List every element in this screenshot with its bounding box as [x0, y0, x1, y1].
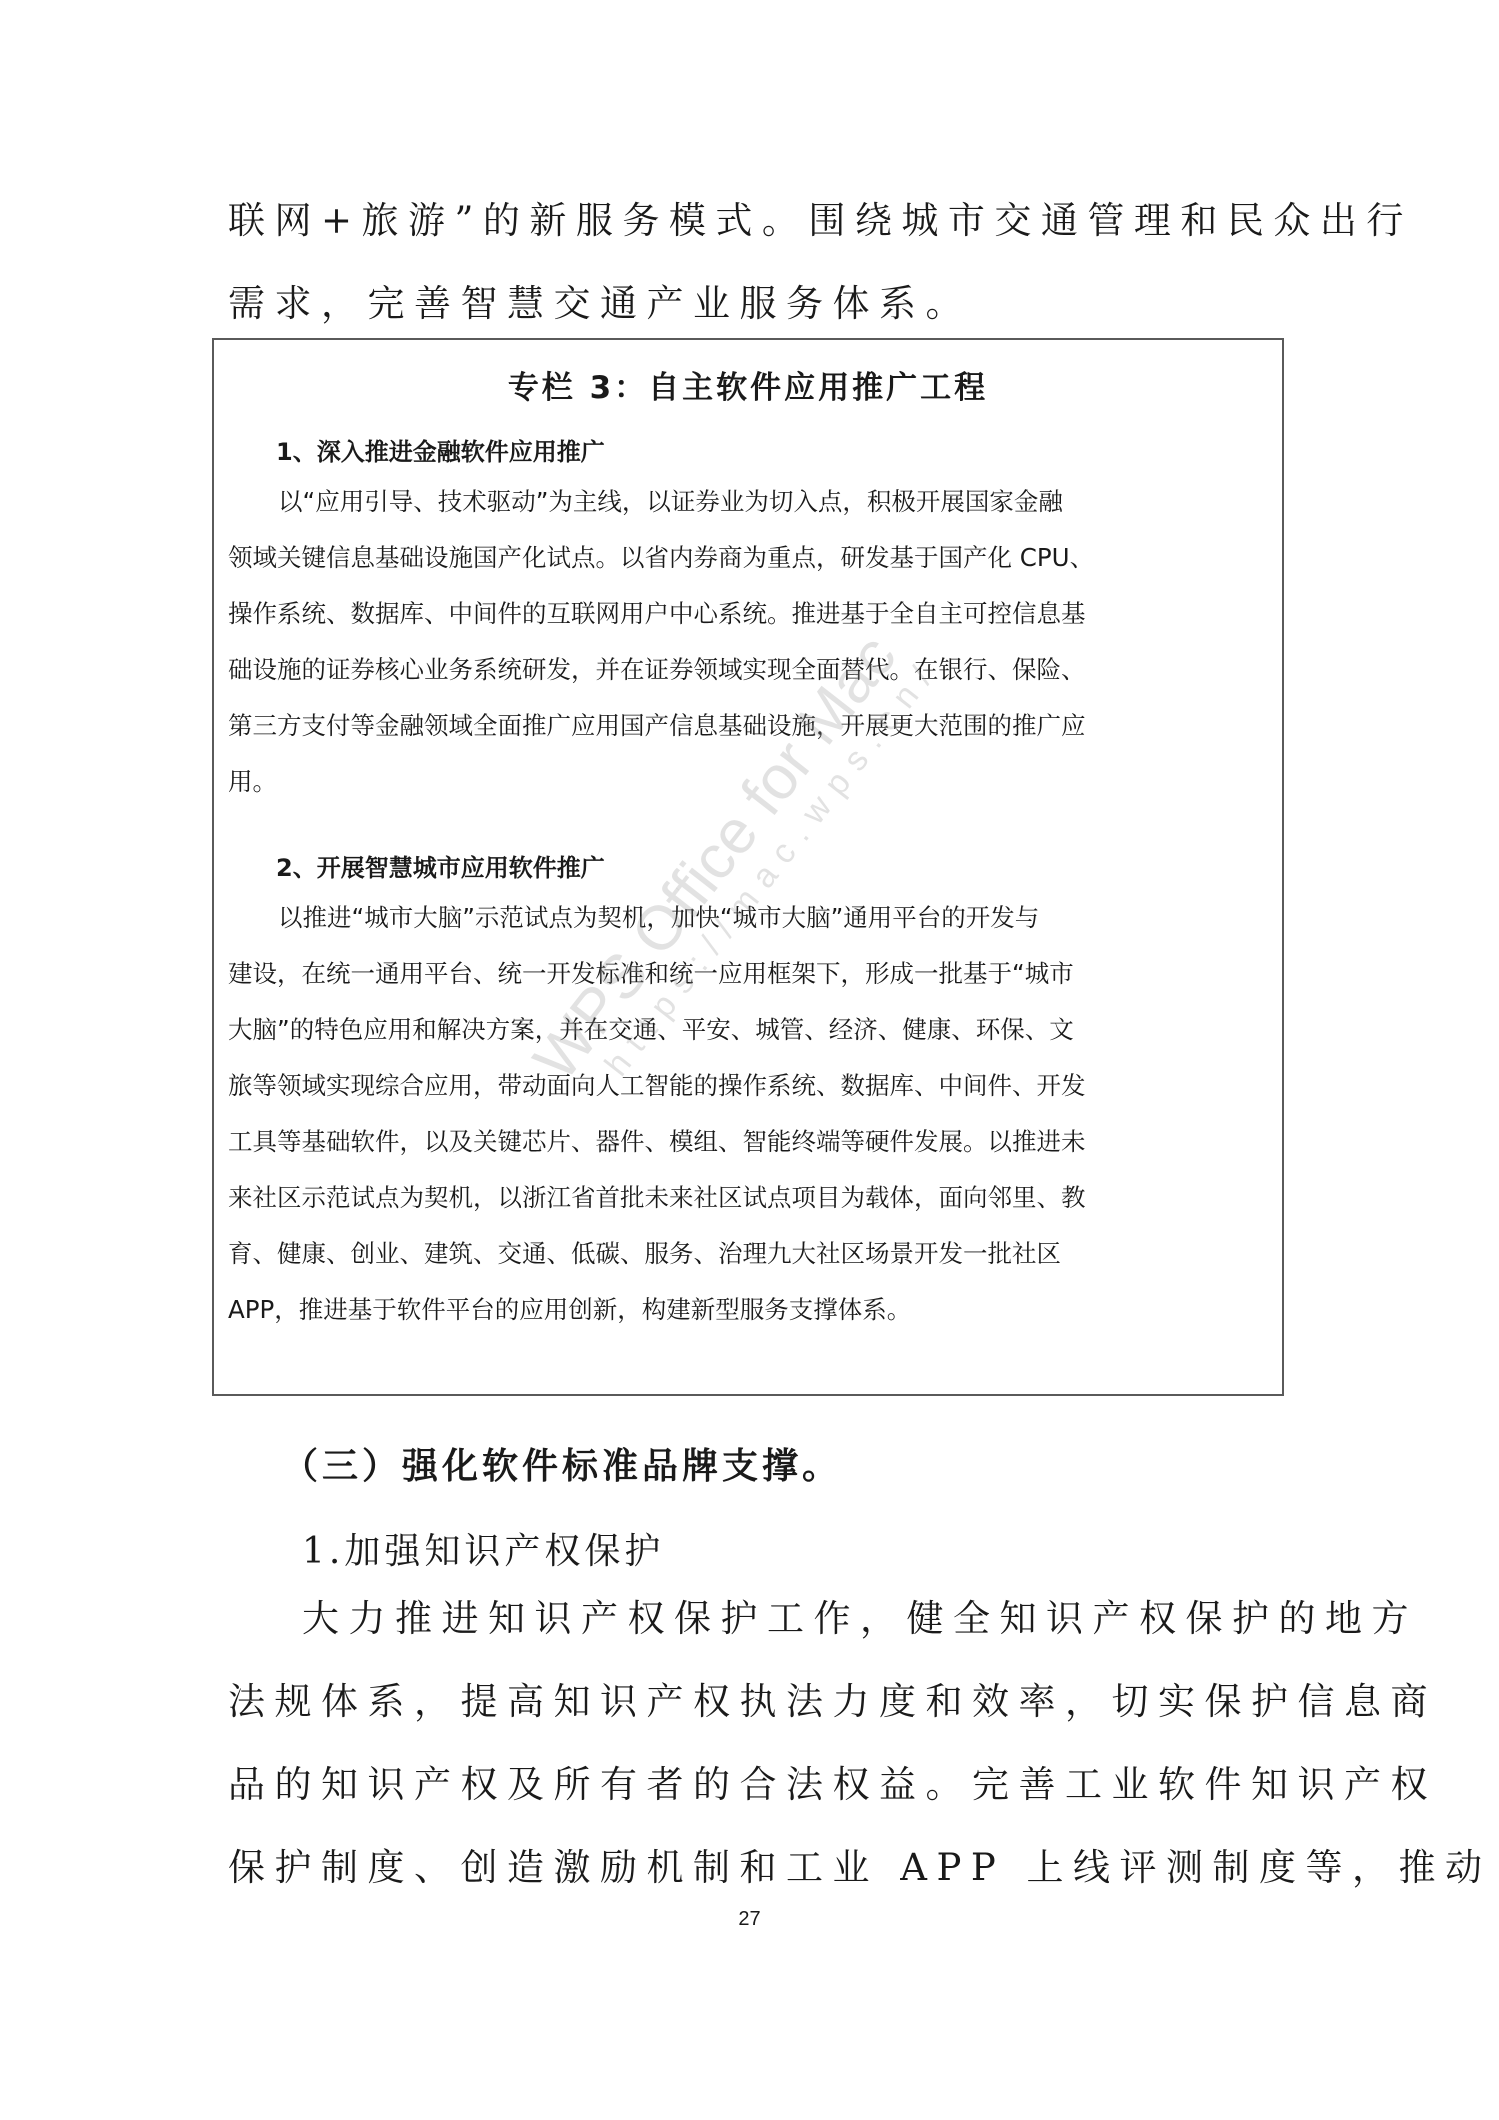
section-heading: （三）强化软件标准品牌支撑。 — [282, 1438, 842, 1489]
intro-line: 联网+旅游”的新服务模式。围绕城市交通管理和民众出行 — [228, 202, 1413, 239]
box-line: 建设，在统一通用平台、统一开发标准和统一应用框架下，形成一批基于“城市 — [228, 962, 1074, 987]
box-line: 育、健康、创业、建筑、交通、低碳、服务、治理九大社区场景开发一批社区 — [228, 1242, 1061, 1267]
box-line: 操作系统、数据库、中间件的互联网用户中心系统。推进基于全自主可控信息基 — [228, 602, 1086, 627]
box-title: 专栏 3：自主软件应用推广工程 — [214, 362, 1282, 407]
page-number: 27 — [0, 1908, 1499, 1931]
paragraph-line: 品的知识产权及所有者的合法权益。完善工业软件知识产权 — [228, 1766, 1437, 1803]
box-line: 领域关键信息基础设施国产化试点。以省内券商为重点，研发基于国产化 CPU、 — [228, 546, 1094, 571]
intro-line: 需求，完善智慧交通产业服务体系。 — [228, 285, 972, 322]
box-line: APP，推进基于软件平台的应用创新，构建新型服务支撑体系。 — [228, 1298, 911, 1323]
box-line: 以“应用引导、技术驱动”为主线，以证券业为切入点，积极开展国家金融 — [278, 490, 1063, 515]
paragraph-line: 法规体系，提高知识产权执法力度和效率，切实保护信息商 — [228, 1683, 1437, 1720]
box-line: 用。 — [228, 770, 277, 795]
box-line: 来社区示范试点为契机，以浙江省首批未来社区试点项目为载体，面向邻里、教 — [228, 1186, 1086, 1211]
box-line: 大脑”的特色应用和解决方案，并在交通、平安、城管、经济、健康、环保、文 — [228, 1018, 1074, 1043]
paragraph-line: 保护制度、创造激励机制和工业 APP 上线评测制度等，推动 — [228, 1849, 1492, 1886]
sub-heading: 1.加强知识产权保护 — [302, 1523, 664, 1574]
box-section-heading: 2、开展智慧城市应用软件推广 — [276, 848, 605, 883]
box-section-heading: 1、深入推进金融软件应用推广 — [276, 432, 605, 467]
box-line: 第三方支付等金融领域全面推广应用国产信息基础设施，开展更大范围的推广应 — [228, 714, 1086, 739]
box-line: 工具等基础软件，以及关键芯片、器件、模组、智能终端等硬件发展。以推进未 — [228, 1130, 1086, 1155]
feature-box: 专栏 3：自主软件应用推广工程 1、深入推进金融软件应用推广 以“应用引导、技术… — [212, 338, 1284, 1396]
box-line: 旅等领域实现综合应用，带动面向人工智能的操作系统、数据库、中间件、开发 — [228, 1074, 1086, 1099]
box-line: 以推进“城市大脑”示范试点为契机，加快“城市大脑”通用平台的开发与 — [278, 906, 1039, 931]
box-line: 础设施的证券核心业务系统研发，并在证券领域实现全面替代。在银行、保险、 — [228, 658, 1086, 683]
paragraph-line: 大力推进知识产权保护工作，健全知识产权保护的地方 — [302, 1600, 1418, 1637]
